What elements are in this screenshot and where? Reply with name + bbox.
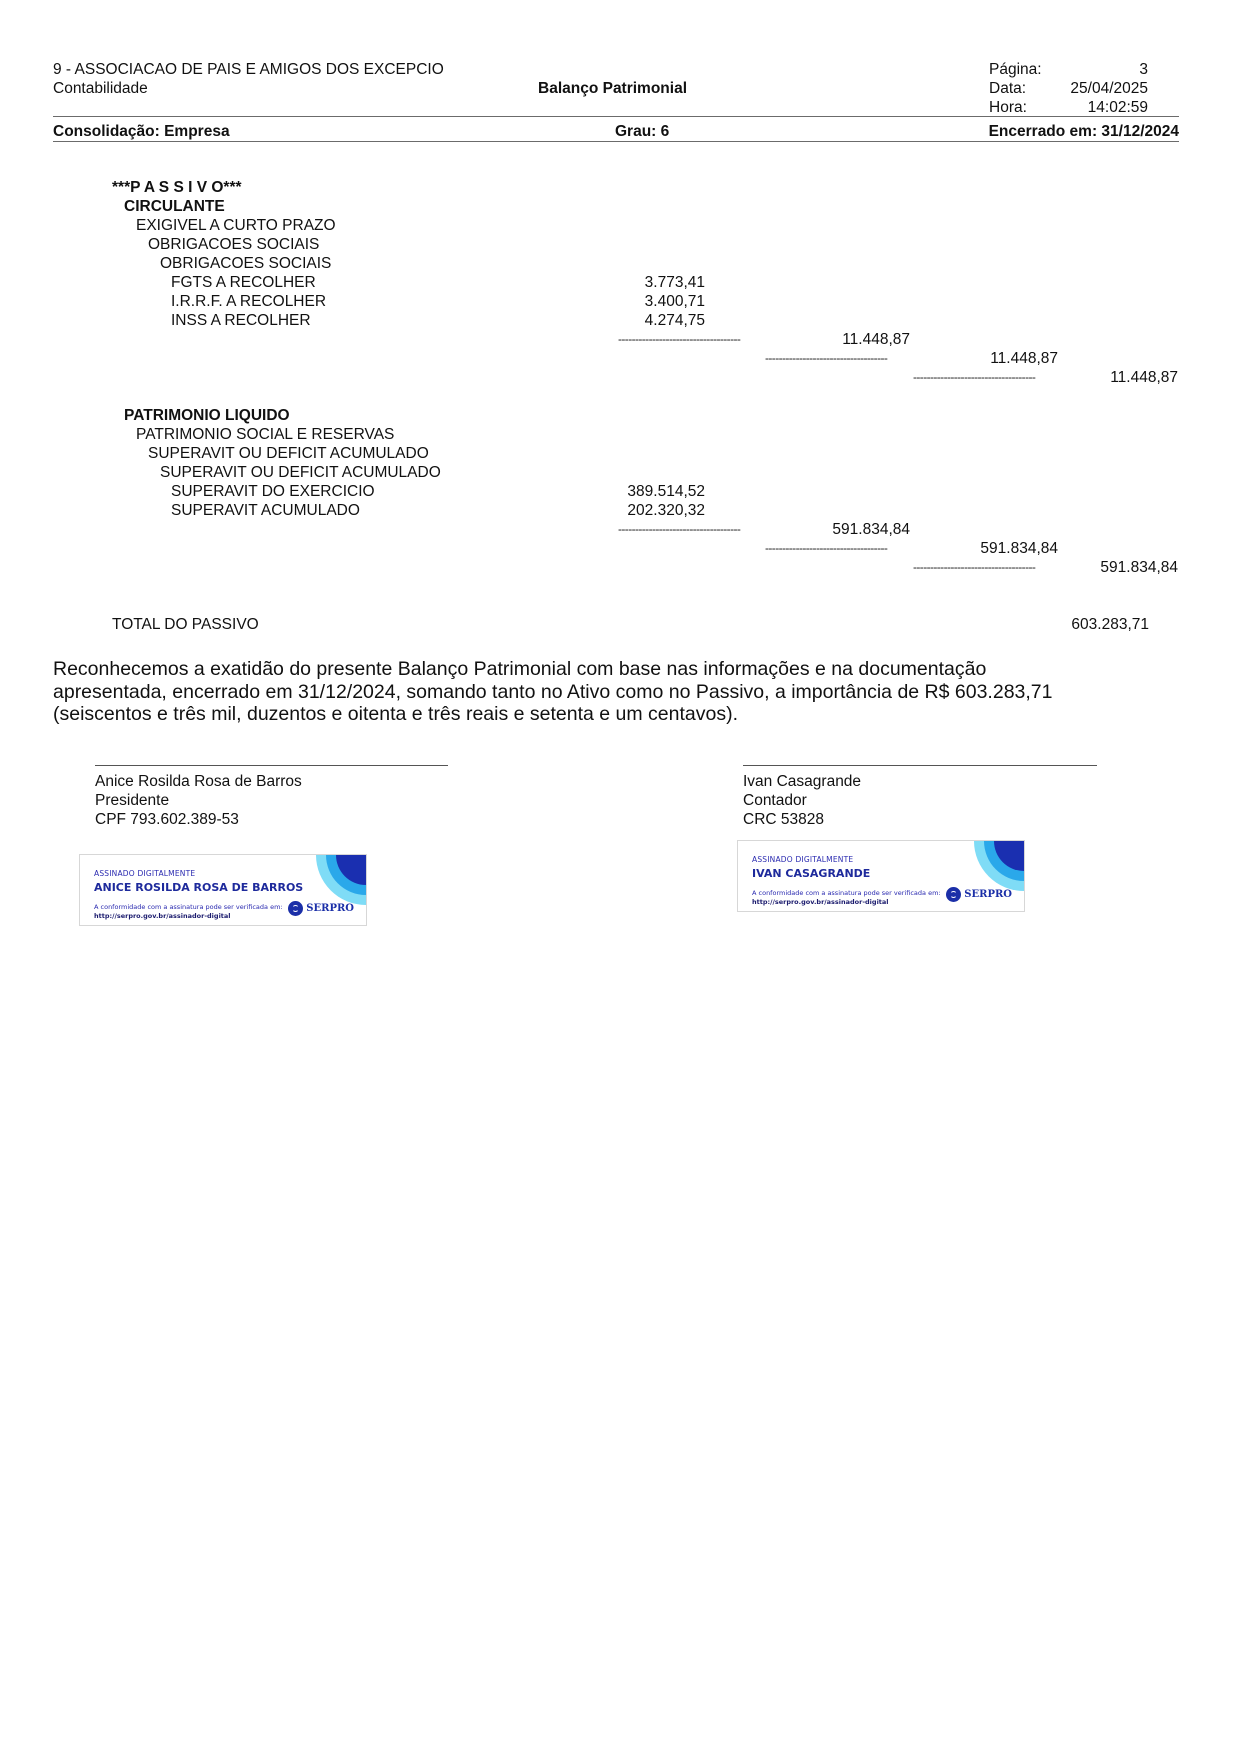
- separator-line: ------------------------------------: [618, 330, 763, 349]
- serpro-logo-text: SERPRO: [306, 903, 354, 914]
- account-item-value: 202.320,32: [580, 501, 705, 520]
- stamp-label: ASSINADO DIGITALMENTE: [752, 855, 853, 864]
- group-patrimonio-liquido: PATRIMONIO LIQUIDO: [124, 406, 290, 425]
- separator-line: ------------------------------------: [913, 558, 1058, 577]
- stamp-signer-name: ANICE ROSILDA ROSA DE BARROS: [94, 881, 303, 894]
- subtotal-level-3: 11.448,87: [1040, 368, 1178, 387]
- closed-date-label: Encerrado em: 31/12/2024: [900, 122, 1179, 141]
- subtotal-level-1: 591.834,84: [770, 520, 910, 539]
- digital-signature-stamp: ASSINADO DIGITALMENTE ANICE ROSILDA ROSA…: [79, 854, 367, 926]
- page-number: 3: [1060, 60, 1148, 79]
- digital-signature-stamp: ASSINADO DIGITALMENTE IVAN CASAGRANDE A …: [737, 840, 1025, 912]
- serpro-logo-icon: [288, 901, 303, 916]
- time-value: 14:02:59: [1040, 98, 1148, 117]
- subtotal-level-2: 591.834,84: [918, 539, 1058, 558]
- account-item-label: FGTS A RECOLHER: [171, 273, 316, 292]
- signer-name: Ivan Casagrande: [743, 772, 861, 791]
- account-item-label: SUPERAVIT ACUMULADO: [171, 501, 360, 520]
- statement-line: (seiscentos e três mil, duzentos e oiten…: [53, 703, 1163, 726]
- separator-line: ------------------------------------: [618, 520, 763, 539]
- time-label: Hora:: [989, 98, 1027, 117]
- subtotal-level-2: 11.448,87: [918, 349, 1058, 368]
- account-item-value: 4.274,75: [580, 311, 705, 330]
- company-name: 9 - ASSOCIACAO DE PAIS E AMIGOS DOS EXCE…: [53, 60, 444, 79]
- grade-label: Grau: 6: [615, 122, 669, 141]
- subtotal-level-1: 11.448,87: [770, 330, 910, 349]
- total-value: 603.283,71: [1000, 615, 1149, 634]
- header-divider-bottom: [53, 141, 1179, 142]
- serpro-logo: SERPRO: [946, 887, 1012, 902]
- separator-line: ------------------------------------: [765, 539, 910, 558]
- statement-paragraph: Reconhecemos a exatidão do presente Bala…: [53, 658, 1163, 726]
- stamp-label: ASSINADO DIGITALMENTE: [94, 869, 195, 878]
- signature-line: [743, 765, 1097, 766]
- account-item-label: I.R.R.F. A RECOLHER: [171, 292, 326, 311]
- header-divider-top: [53, 116, 1179, 117]
- serpro-logo: SERPRO: [288, 901, 354, 916]
- report-title: Balanço Patrimonial: [538, 79, 687, 98]
- statement-line: apresentada, encerrado em 31/12/2024, so…: [53, 681, 1163, 704]
- serpro-logo-icon: [946, 887, 961, 902]
- separator-line: ------------------------------------: [913, 368, 1058, 387]
- account-level-3: OBRIGACOES SOCIAIS: [148, 235, 319, 254]
- statement-line: Reconhecemos a exatidão do presente Bala…: [53, 658, 1163, 681]
- stamp-verify-text: A conformidade com a assinatura pode ser…: [752, 889, 941, 897]
- serpro-logo-text: SERPRO: [964, 889, 1012, 900]
- page-label: Página:: [989, 60, 1042, 79]
- stamp-verify-text: A conformidade com a assinatura pode ser…: [94, 903, 283, 911]
- signer-role: Presidente: [95, 791, 169, 810]
- account-item-label: INSS A RECOLHER: [171, 311, 311, 330]
- signer-role: Contador: [743, 791, 807, 810]
- stamp-verify-url: http://serpro.gov.br/assinador-digital: [752, 898, 889, 906]
- account-level-2: PATRIMONIO SOCIAL E RESERVAS: [136, 425, 394, 444]
- group-circulante: CIRCULANTE: [124, 197, 225, 216]
- account-item-value: 3.400,71: [580, 292, 705, 311]
- account-level-3: SUPERAVIT OU DEFICIT ACUMULADO: [148, 444, 429, 463]
- account-level-4: OBRIGACOES SOCIAIS: [160, 254, 331, 273]
- date-value: 25/04/2025: [1040, 79, 1148, 98]
- signer-document: CRC 53828: [743, 810, 824, 829]
- signer-document: CPF 793.602.389-53: [95, 810, 239, 829]
- stamp-verify-url: http://serpro.gov.br/assinador-digital: [94, 912, 231, 920]
- stamp-signer-name: IVAN CASAGRANDE: [752, 867, 870, 880]
- signer-name: Anice Rosilda Rosa de Barros: [95, 772, 302, 791]
- subtotal-level-3: 591.834,84: [1040, 558, 1178, 577]
- section-title-passivo: ***P A S S I V O***: [112, 178, 242, 197]
- total-label: TOTAL DO PASSIVO: [112, 615, 259, 634]
- signature-line: [95, 765, 448, 766]
- department: Contabilidade: [53, 79, 148, 98]
- date-label: Data:: [989, 79, 1026, 98]
- separator-line: ------------------------------------: [765, 349, 910, 368]
- account-level-2: EXIGIVEL A CURTO PRAZO: [136, 216, 336, 235]
- account-item-label: SUPERAVIT DO EXERCICIO: [171, 482, 375, 501]
- consolidation-label: Consolidação: Empresa: [53, 122, 230, 141]
- account-item-value: 389.514,52: [580, 482, 705, 501]
- account-level-4: SUPERAVIT OU DEFICIT ACUMULADO: [160, 463, 441, 482]
- account-item-value: 3.773,41: [580, 273, 705, 292]
